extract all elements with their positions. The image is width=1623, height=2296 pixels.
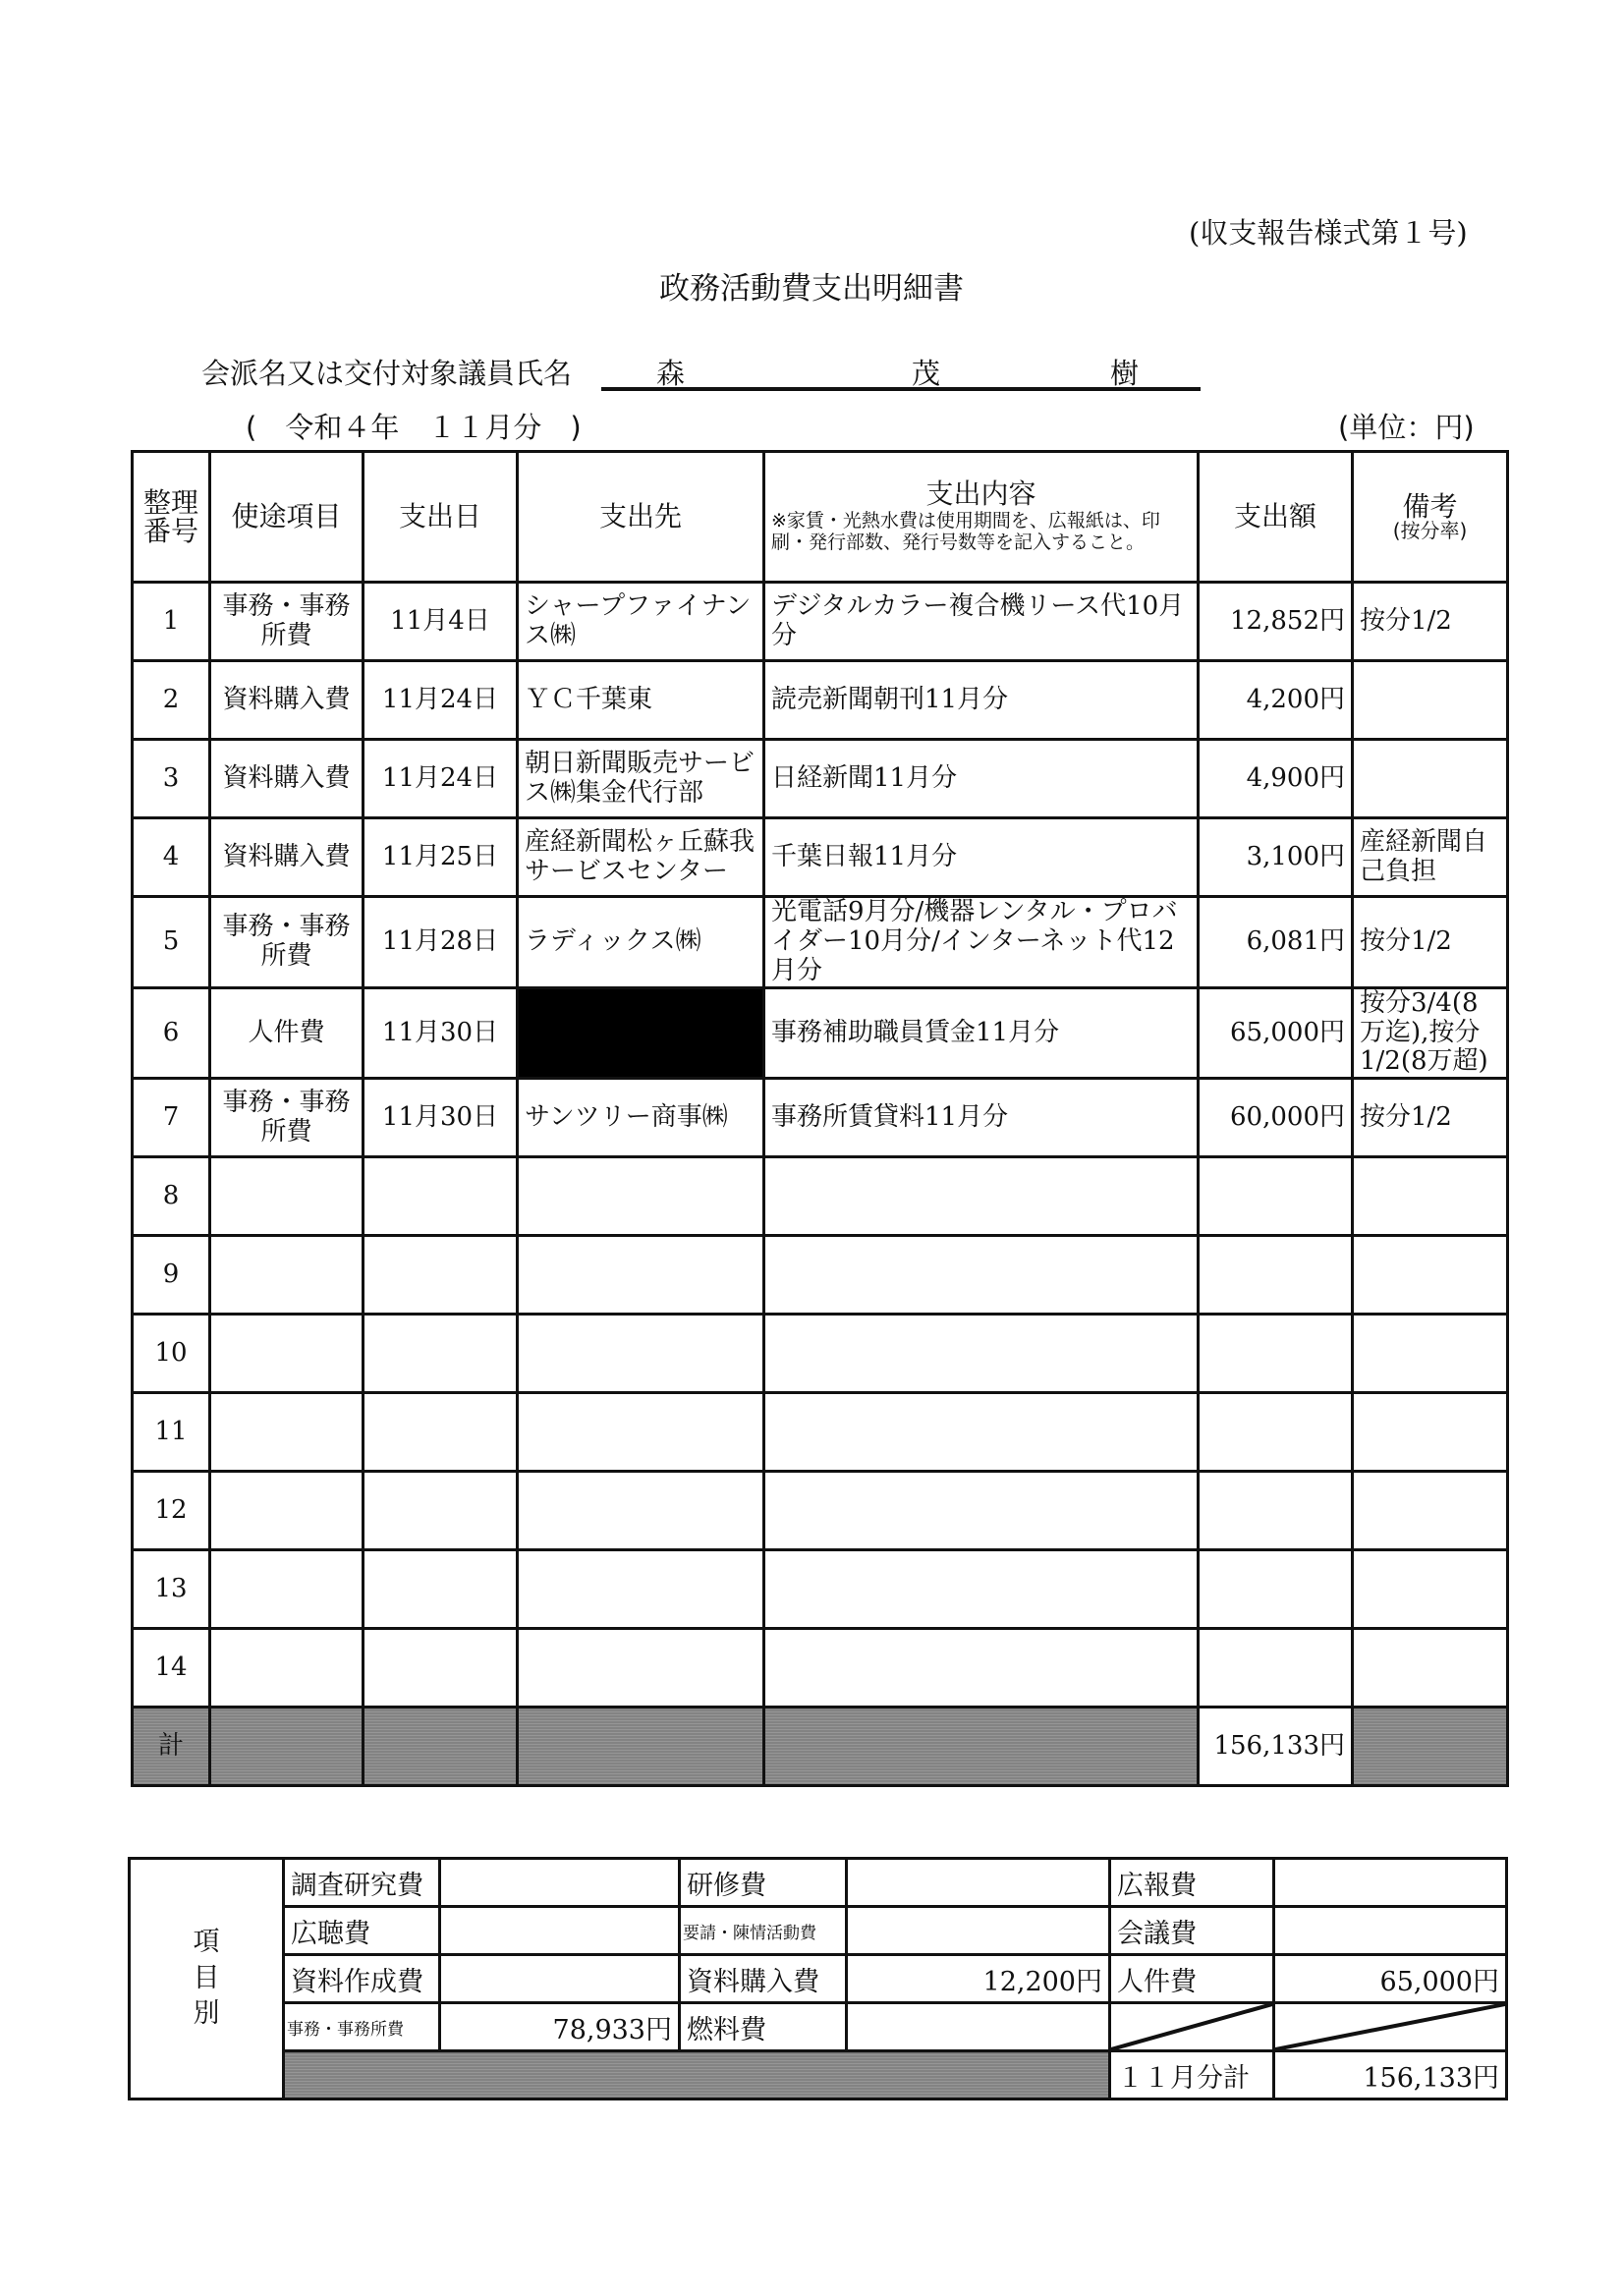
row-number: 9 — [133, 1236, 210, 1315]
header-content-title: 支出内容 — [925, 477, 1035, 510]
summary-row: 項目別 調査研究費 研修費 広報費 — [130, 1859, 1507, 1907]
row-category — [210, 1550, 364, 1629]
row-remarks — [1353, 661, 1508, 740]
row-content: 光電話9月分/機器レンタル・プロバイダー10月分/インターネット代12月分 — [764, 897, 1199, 988]
row-category: 人件費 — [210, 987, 364, 1079]
summary-by-category-table: 項目別 調査研究費 研修費 広報費 広聴費 要請・陳情活動費 会議費 資料作成費… — [128, 1857, 1508, 2100]
header-category: 使途項目 — [210, 452, 364, 583]
row-amount: 60,000円 — [1199, 1079, 1353, 1157]
summary-category-label: 人件費 — [1110, 1955, 1274, 2003]
row-amount — [1199, 1157, 1353, 1236]
summary-category-amount — [847, 1859, 1110, 1907]
unit-label: (単位：円) — [1338, 406, 1475, 446]
summary-row: 資料作成費 資料購入費 12,200円 人件費 65,000円 — [130, 1955, 1507, 2003]
row-number: 2 — [133, 661, 210, 740]
row-date: 11月30日 — [364, 1079, 518, 1157]
summary-row: 広聴費 要請・陳情活動費 会議費 — [130, 1907, 1507, 1955]
row-payee: 産経新聞松ヶ丘蘇我サービスセンター — [518, 818, 764, 897]
month-total-amount: 156,133円 — [1274, 2051, 1507, 2100]
row-payee — [518, 1393, 764, 1472]
row-remarks — [1353, 1393, 1508, 1472]
total-label: 計 — [133, 1708, 210, 1786]
row-content — [764, 1315, 1199, 1393]
row-number: 7 — [133, 1079, 210, 1157]
hatched-cell — [364, 1708, 518, 1786]
summary-category-label: 広報費 — [1110, 1859, 1274, 1907]
summary-category-amount — [440, 1859, 680, 1907]
side-label-text: 項目別 — [194, 1927, 220, 2029]
diagonal-strike-icon — [1111, 2004, 1272, 2049]
row-date: 11月24日 — [364, 740, 518, 818]
row-amount — [1199, 1629, 1353, 1708]
row-payee: シャープファイナンス㈱ — [518, 583, 764, 661]
row-number: 6 — [133, 987, 210, 1079]
row-category — [210, 1157, 364, 1236]
header-no: 整理番号 — [133, 452, 210, 583]
form-number: (収支報告様式第１号) — [1189, 211, 1468, 252]
row-content: 千葉日報11月分 — [764, 818, 1199, 897]
table-row: 14 — [133, 1629, 1508, 1708]
row-category — [210, 1315, 364, 1393]
row-payee — [518, 1550, 764, 1629]
row-date: 11月30日 — [364, 987, 518, 1079]
table-row: 8 — [133, 1157, 1508, 1236]
hatched-cell — [764, 1708, 1199, 1786]
row-amount: 65,000円 — [1199, 987, 1353, 1079]
summary-category-amount: 12,200円 — [847, 1955, 1110, 2003]
row-date: 11月25日 — [364, 818, 518, 897]
redacted-payee — [518, 987, 764, 1079]
row-remarks: 按分3/4(8万迄),按分1/2(8万超) — [1353, 987, 1508, 1079]
struck-cell — [1110, 2003, 1274, 2051]
table-row: 4資料購入費11月25日産経新聞松ヶ丘蘇我サービスセンター千葉日報11月分3,1… — [133, 818, 1508, 897]
row-category: 資料購入費 — [210, 818, 364, 897]
row-content — [764, 1393, 1199, 1472]
row-payee: サンツリー商事㈱ — [518, 1079, 764, 1157]
summary-side-label: 項目別 — [130, 1859, 284, 2100]
member-name-part: 樹 — [1110, 352, 1139, 392]
table-row: 12 — [133, 1472, 1508, 1550]
row-content: 日経新聞11月分 — [764, 740, 1199, 818]
row-category: 事務・事務所費 — [210, 1079, 364, 1157]
table-row: 13 — [133, 1550, 1508, 1629]
summary-total-row: １１月分計 156,133円 — [130, 2051, 1507, 2100]
row-amount: 6,081円 — [1199, 897, 1353, 988]
row-number: 4 — [133, 818, 210, 897]
row-date — [364, 1550, 518, 1629]
struck-cell — [1274, 2003, 1507, 2051]
row-number: 11 — [133, 1393, 210, 1472]
summary-category-amount — [1274, 1859, 1507, 1907]
report-period: ( 令和４年 １１月分 ) — [246, 406, 582, 446]
row-number: 14 — [133, 1629, 210, 1708]
month-total-label: １１月分計 — [1110, 2051, 1274, 2100]
row-remarks: 産経新聞自己負担 — [1353, 818, 1508, 897]
row-content — [764, 1157, 1199, 1236]
summary-category-label: 会議費 — [1110, 1907, 1274, 1955]
row-category: 事務・事務所費 — [210, 583, 364, 661]
header-content-note: ※家賃・光熱水費は使用期間を、広報紙は、印刷・発行部数、発行号数等を記入すること… — [771, 511, 1191, 554]
row-category: 事務・事務所費 — [210, 897, 364, 988]
header-amount: 支出額 — [1199, 452, 1353, 583]
row-remarks — [1353, 740, 1508, 818]
row-content: デジタルカラー複合機リース代10月分 — [764, 583, 1199, 661]
document-title: 政務活動費支出明細書 — [0, 263, 1623, 308]
summary-category-amount: 78,933円 — [440, 2003, 680, 2051]
table-row: 5事務・事務所費11月28日ラディックス㈱光電話9月分/機器レンタル・プロバイダ… — [133, 897, 1508, 988]
header-remarks: 備考 (按分率) — [1353, 452, 1508, 583]
row-number: 13 — [133, 1550, 210, 1629]
row-date — [364, 1629, 518, 1708]
row-content: 読売新聞朝刊11月分 — [764, 661, 1199, 740]
summary-category-label: 事務・事務所費 — [284, 2003, 440, 2051]
summary-category-amount: 65,000円 — [1274, 1955, 1507, 2003]
row-category — [210, 1236, 364, 1315]
row-amount: 3,100円 — [1199, 818, 1353, 897]
row-number: 5 — [133, 897, 210, 988]
row-content: 事務所賃貸料11月分 — [764, 1079, 1199, 1157]
row-number: 1 — [133, 583, 210, 661]
total-amount: 156,133円 — [1199, 1708, 1353, 1786]
table-row: 1事務・事務所費11月4日シャープファイナンス㈱デジタルカラー複合機リース代10… — [133, 583, 1508, 661]
row-payee — [518, 1236, 764, 1315]
row-remarks — [1353, 1550, 1508, 1629]
row-content — [764, 1550, 1199, 1629]
table-row: 9 — [133, 1236, 1508, 1315]
row-remarks: 按分1/2 — [1353, 583, 1508, 661]
row-category — [210, 1472, 364, 1550]
row-remarks — [1353, 1629, 1508, 1708]
row-amount — [1199, 1393, 1353, 1472]
total-row: 計 156,133円 — [133, 1708, 1508, 1786]
summary-category-label: 要請・陳情活動費 — [680, 1907, 847, 1955]
header-payee: 支出先 — [518, 452, 764, 583]
row-category: 資料購入費 — [210, 661, 364, 740]
summary-row: 事務・事務所費 78,933円 燃料費 — [130, 2003, 1507, 2051]
row-number: 10 — [133, 1315, 210, 1393]
row-amount: 12,852円 — [1199, 583, 1353, 661]
summary-category-label: 資料購入費 — [680, 1955, 847, 2003]
row-payee: 朝日新聞販売サービス㈱集金代行部 — [518, 740, 764, 818]
row-date: 11月28日 — [364, 897, 518, 988]
summary-category-amount — [847, 2003, 1110, 2051]
header-date: 支出日 — [364, 452, 518, 583]
member-label: 会派名又は交付対象議員氏名 — [201, 352, 572, 392]
header-remarks-sub: (按分率) — [1360, 521, 1500, 541]
row-payee — [518, 1629, 764, 1708]
summary-category-amount — [440, 1907, 680, 1955]
row-content: 事務補助職員賃金11月分 — [764, 987, 1199, 1079]
row-remarks — [1353, 1157, 1508, 1236]
row-remarks — [1353, 1315, 1508, 1393]
row-payee — [518, 1472, 764, 1550]
row-amount: 4,200円 — [1199, 661, 1353, 740]
row-date — [364, 1315, 518, 1393]
table-row: 6人件費11月30日事務補助職員賃金11月分65,000円按分3/4(8万迄),… — [133, 987, 1508, 1079]
hatched-cell — [284, 2051, 1110, 2100]
row-number: 12 — [133, 1472, 210, 1550]
expense-table: 整理番号 使途項目 支出日 支出先 支出内容 ※家賃・光熱水費は使用期間を、広報… — [131, 450, 1509, 1787]
table-row: 11 — [133, 1393, 1508, 1472]
row-amount — [1199, 1472, 1353, 1550]
row-content — [764, 1236, 1199, 1315]
row-remarks: 按分1/2 — [1353, 1079, 1508, 1157]
summary-category-amount — [440, 1955, 680, 2003]
summary-category-label: 燃料費 — [680, 2003, 847, 2051]
row-content — [764, 1472, 1199, 1550]
row-amount — [1199, 1550, 1353, 1629]
row-date: 11月4日 — [364, 583, 518, 661]
row-number: 8 — [133, 1157, 210, 1236]
summary-category-label: 調査研究費 — [284, 1859, 440, 1907]
row-date — [364, 1393, 518, 1472]
header-remarks-title: 備考 — [1402, 490, 1457, 523]
row-amount — [1199, 1315, 1353, 1393]
header-content: 支出内容 ※家賃・光熱水費は使用期間を、広報紙は、印刷・発行部数、発行号数等を記… — [764, 452, 1199, 583]
row-category — [210, 1629, 364, 1708]
summary-category-amount — [847, 1907, 1110, 1955]
summary-category-amount — [1274, 1907, 1507, 1955]
row-number: 3 — [133, 740, 210, 818]
row-amount: 4,900円 — [1199, 740, 1353, 818]
row-payee — [518, 1315, 764, 1393]
row-payee: ラディックス㈱ — [518, 897, 764, 988]
hatched-cell — [210, 1708, 364, 1786]
row-date — [364, 1472, 518, 1550]
table-header-row: 整理番号 使途項目 支出日 支出先 支出内容 ※家賃・光熱水費は使用期間を、広報… — [133, 452, 1508, 583]
row-remarks: 按分1/2 — [1353, 897, 1508, 988]
row-date: 11月24日 — [364, 661, 518, 740]
table-row: 3資料購入費11月24日朝日新聞販売サービス㈱集金代行部日経新聞11月分4,90… — [133, 740, 1508, 818]
summary-category-label: 広聴費 — [284, 1907, 440, 1955]
row-payee — [518, 1157, 764, 1236]
table-row: 2資料購入費11月24日ＹＣ千葉東読売新聞朝刊11月分4,200円 — [133, 661, 1508, 740]
table-row: 10 — [133, 1315, 1508, 1393]
member-name-part: 茂 — [912, 352, 940, 392]
summary-category-label: 研修費 — [680, 1859, 847, 1907]
row-amount — [1199, 1236, 1353, 1315]
row-remarks — [1353, 1472, 1508, 1550]
table-row: 7事務・事務所費11月30日サンツリー商事㈱事務所賃貸料11月分60,000円按… — [133, 1079, 1508, 1157]
hatched-cell — [1353, 1708, 1508, 1786]
member-name-part: 森 — [656, 352, 685, 392]
row-date — [364, 1236, 518, 1315]
diagonal-strike-icon — [1275, 2004, 1505, 2049]
row-category — [210, 1393, 364, 1472]
row-remarks — [1353, 1236, 1508, 1315]
row-content — [764, 1629, 1199, 1708]
row-category: 資料購入費 — [210, 740, 364, 818]
row-date — [364, 1157, 518, 1236]
summary-category-label: 資料作成費 — [284, 1955, 440, 2003]
hatched-cell — [518, 1708, 764, 1786]
row-payee: ＹＣ千葉東 — [518, 661, 764, 740]
